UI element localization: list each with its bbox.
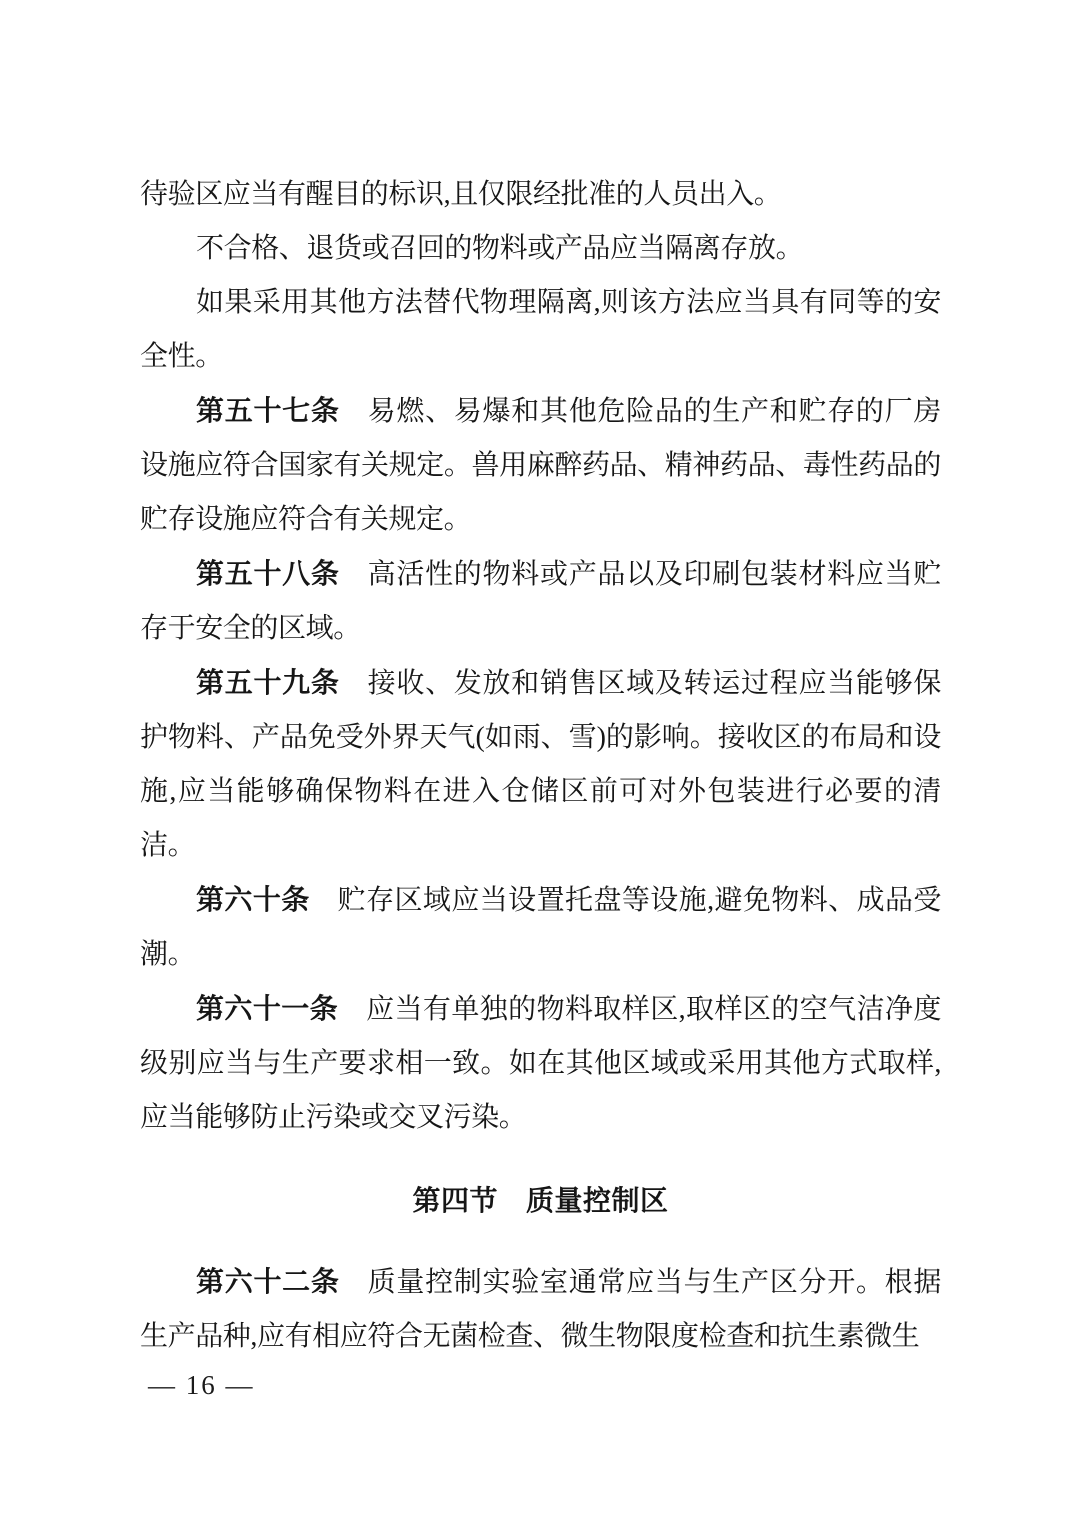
paragraph: 待验区应当有醒目的标识,且仅限经批准的人员出入。 <box>140 168 941 222</box>
article-number: 第六十条 <box>196 884 310 915</box>
paragraph-text: 不合格、退货或召回的物料或产品应当隔离存放。 <box>196 233 803 264</box>
paragraph: 第六十二条质量控制实验室通常应当与生产区分开。根据生产品种,应有相应符合无菌检查… <box>140 1255 941 1364</box>
article-number: 第六十一条 <box>196 993 338 1024</box>
document-page: 待验区应当有醒目的标识,且仅限经批准的人员出入。 不合格、退货或召回的物料或产品… <box>0 0 1080 1527</box>
page-body: 待验区应当有醒目的标识,且仅限经批准的人员出入。 不合格、退货或召回的物料或产品… <box>140 168 941 1364</box>
paragraph: 第五十九条接收、发放和销售区域及转运过程应当能够保护物料、产品免受外界天气(如雨… <box>140 656 941 873</box>
section-number: 第四节 <box>412 1186 498 1217</box>
paragraph-text: 待验区应当有醒目的标识,且仅限经批准的人员出入。 <box>140 179 781 210</box>
paragraph: 第六十一条应当有单独的物料取样区,取样区的空气洁净度级别应当与生产要求相一致。如… <box>140 982 941 1145</box>
paragraph: 第六十条贮存区域应当设置托盘等设施,避免物料、成品受潮。 <box>140 873 941 982</box>
paragraph: 第五十八条高活性的物料或产品以及印刷包装材料应当贮存于安全的区域。 <box>140 547 941 656</box>
section-heading: 第四节质量控制区 <box>140 1175 941 1229</box>
section-title: 质量控制区 <box>526 1186 669 1217</box>
article-number: 第六十二条 <box>196 1266 340 1297</box>
article-number: 第五十九条 <box>196 667 340 698</box>
article-number: 第五十八条 <box>196 558 340 589</box>
paragraph-text: 如果采用其他方法替代物理隔离,则该方法应当具有同等的安全性。 <box>140 287 941 372</box>
paragraph: 不合格、退货或召回的物料或产品应当隔离存放。 <box>140 222 941 276</box>
paragraph: 如果采用其他方法替代物理隔离,则该方法应当具有同等的安全性。 <box>140 276 941 384</box>
article-number: 第五十七条 <box>196 395 340 426</box>
paragraph: 第五十七条易燃、易爆和其他危险品的生产和贮存的厂房设施应符合国家有关规定。兽用麻… <box>140 384 941 547</box>
page-number: — 16 — <box>148 1358 255 1412</box>
